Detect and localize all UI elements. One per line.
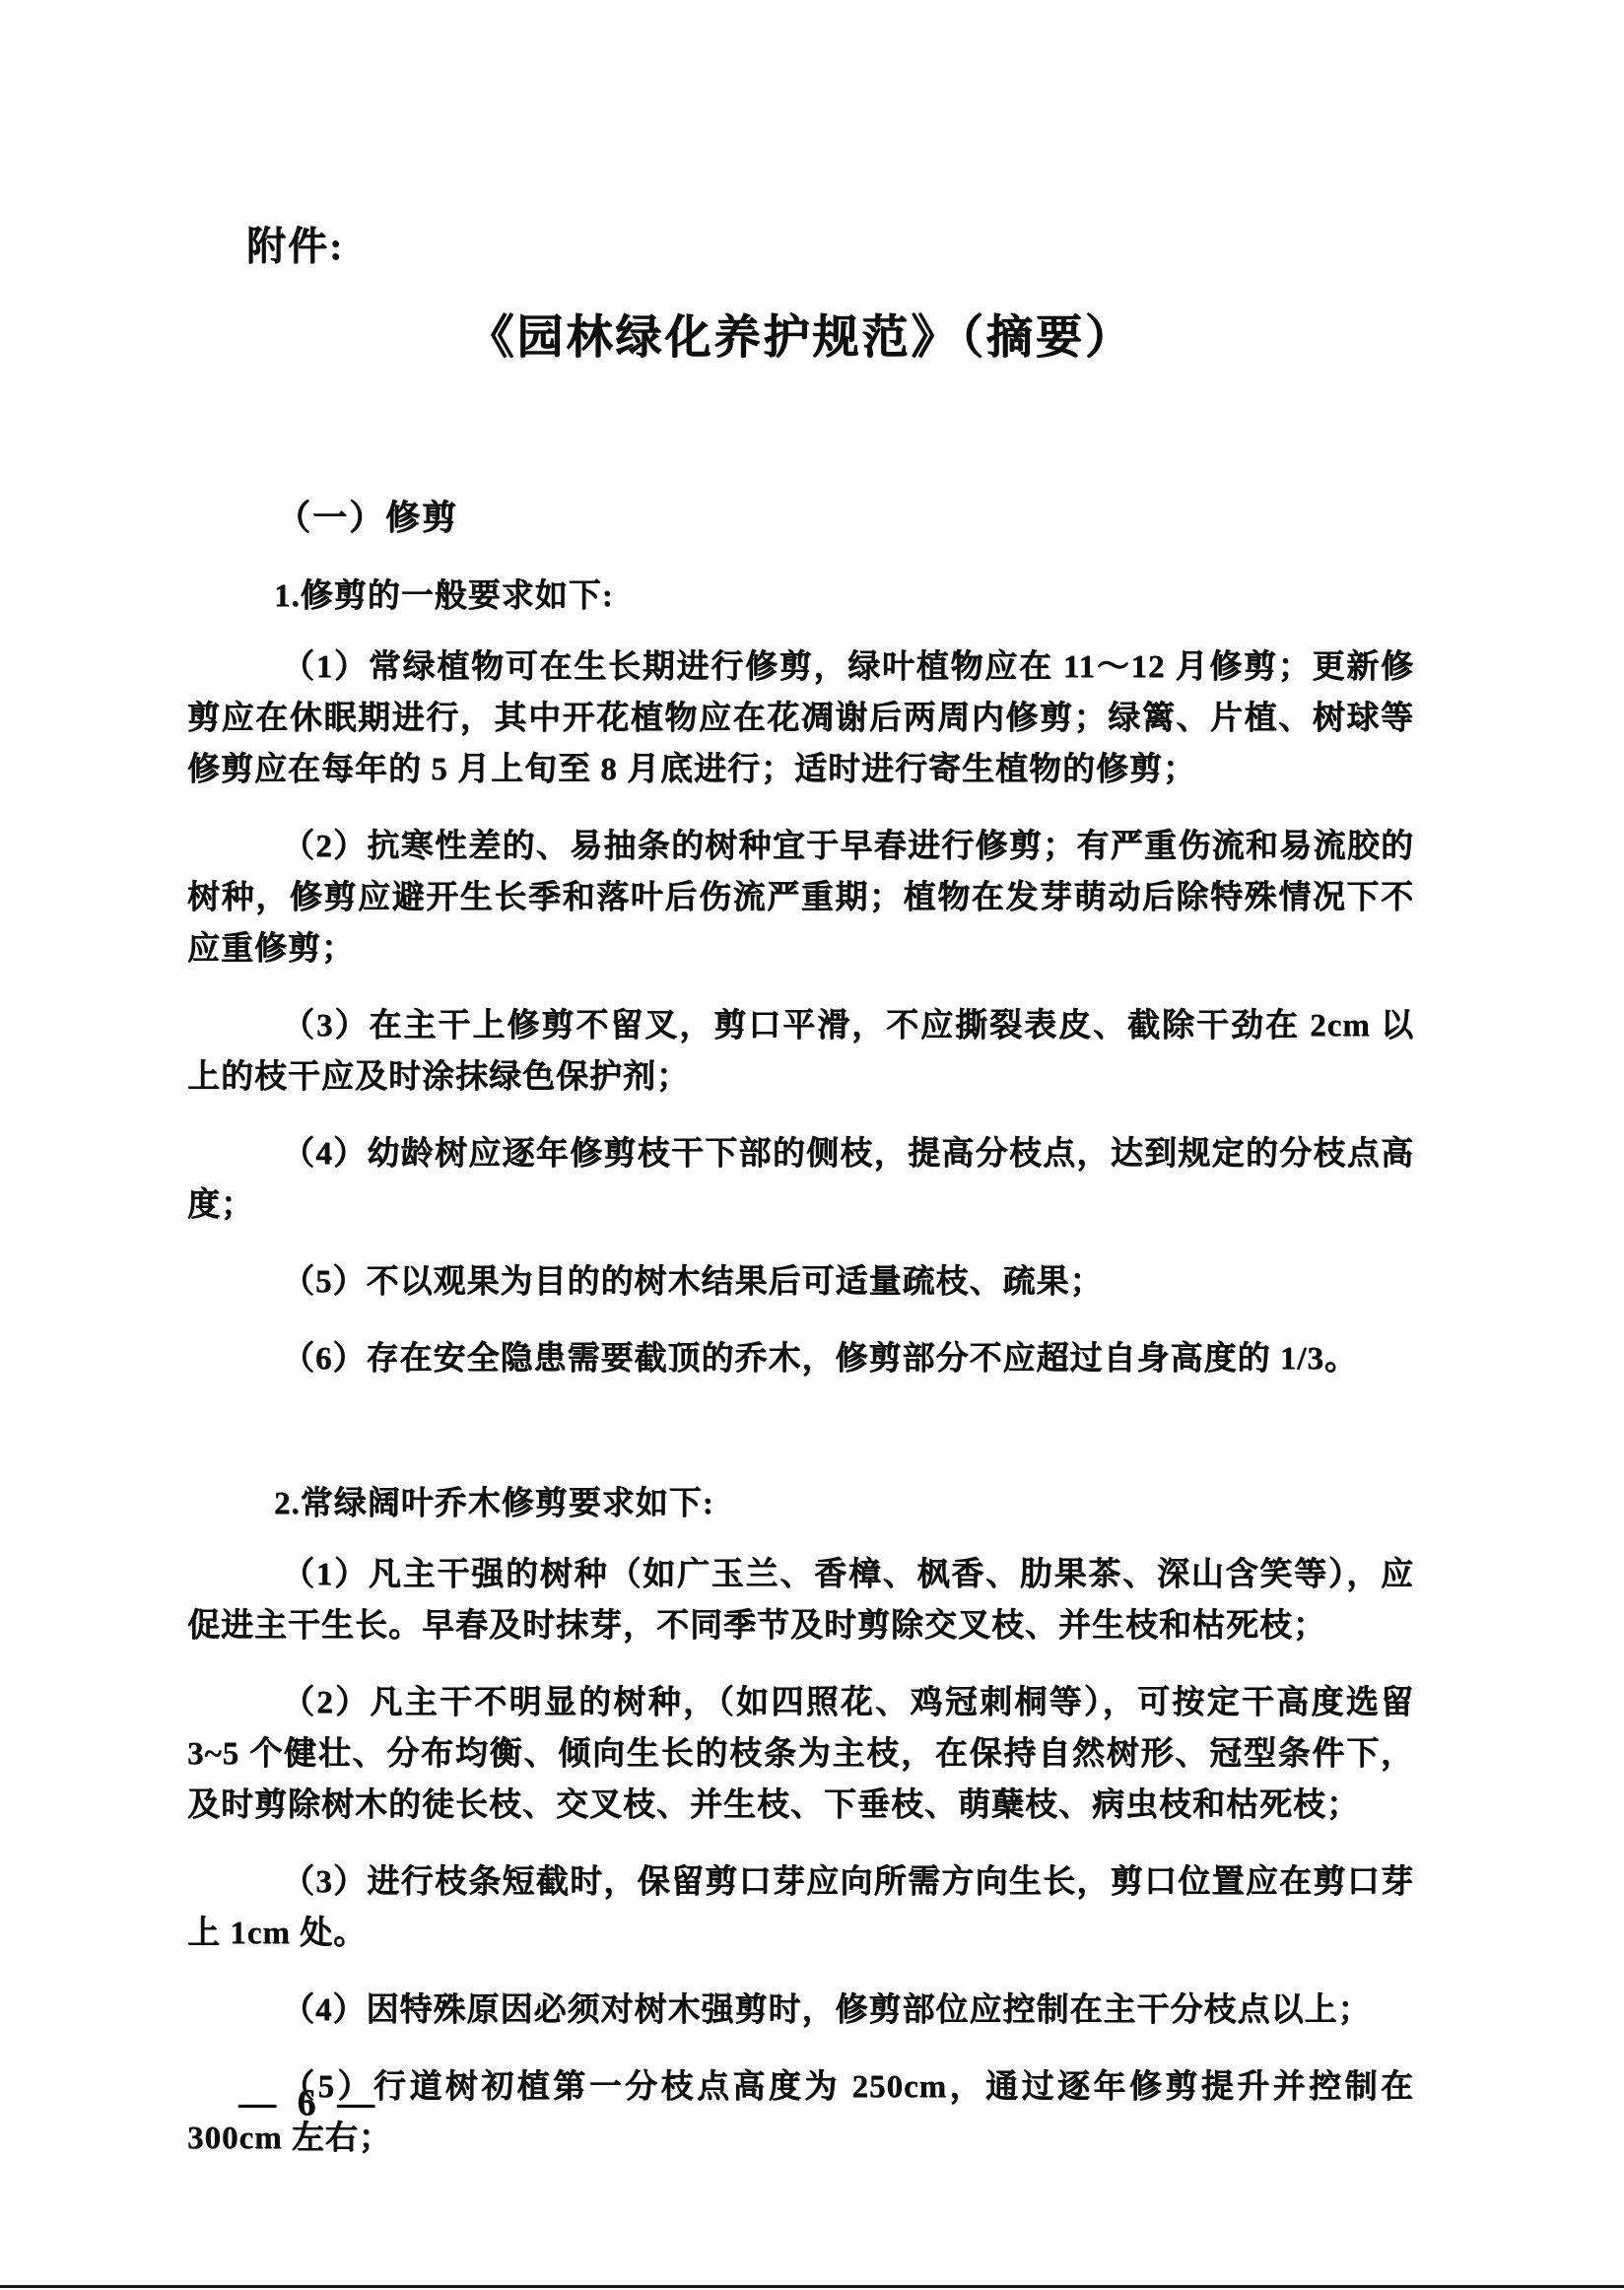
section-2-item-4: （4）因特殊原因必须对树木强剪时，修剪部位应控制在主干分枝点以上； bbox=[187, 1985, 1414, 2036]
scanned-document-page: 附件: 《园林绿化养护规范》（摘要） （一）修剪 1.修剪的一般要求如下: （1… bbox=[0, 0, 1624, 2290]
section-2: 2.常绿阔叶乔木修剪要求如下: （1）凡主干强的树种（如广玉兰、香樟、枫香、肋果… bbox=[187, 1477, 1414, 2164]
section-1-heading: （一）修剪 bbox=[276, 491, 1414, 540]
section-1-item-6: （6）存在安全隐患需要截顶的乔木，修剪部分不应超过自身高度的 1/3。 bbox=[187, 1333, 1414, 1384]
section-1-item-4: （4）幼龄树应逐年修剪枝干下部的侧枝，提高分枝点，达到规定的分枝点高度； bbox=[187, 1128, 1414, 1231]
section-1-intro: 1.修剪的一般要求如下: bbox=[274, 570, 1414, 616]
scan-edge-artifact bbox=[0, 2285, 1624, 2288]
attachment-label: 附件: bbox=[246, 215, 1414, 271]
section-2-item-2: （2）凡主干不明显的树种，（如四照花、鸡冠刺桐等），可按定干高度选留 3~5 个… bbox=[187, 1677, 1414, 1831]
section-1-item-2: （2）抗寒性差的、易抽条的树种宜于早春进行修剪；有严重伤流和易流胶的树种，修剪应… bbox=[187, 821, 1414, 975]
document-content: 附件: 《园林绿化养护规范》（摘要） （一）修剪 1.修剪的一般要求如下: （1… bbox=[0, 0, 1624, 2164]
section-1-item-3: （3）在主干上修剪不留叉，剪口平滑，不应撕裂表皮、截除干劲在 2cm 以上的枝干… bbox=[187, 1000, 1414, 1103]
page-number: — 6 — bbox=[238, 2081, 380, 2124]
document-title: 《园林绿化养护规范》（摘要） bbox=[187, 301, 1414, 367]
section-1-item-1: （1）常绿植物可在生长期进行修剪，绿叶植物应在 11～12 月修剪；更新修剪应在… bbox=[187, 641, 1414, 795]
section-1-item-5: （5）不以观果为目的的树木结果后可适量疏枝、疏果； bbox=[187, 1256, 1414, 1308]
section-2-item-1: （1）凡主干强的树种（如广玉兰、香樟、枫香、肋果茶、深山含笑等），应促进主干生长… bbox=[187, 1549, 1414, 1651]
section-2-intro: 2.常绿阔叶乔木修剪要求如下: bbox=[274, 1477, 1414, 1523]
section-2-item-3: （3）进行枝条短截时，保留剪口芽应向所需方向生长，剪口位置应在剪口芽上 1cm … bbox=[187, 1856, 1414, 1959]
